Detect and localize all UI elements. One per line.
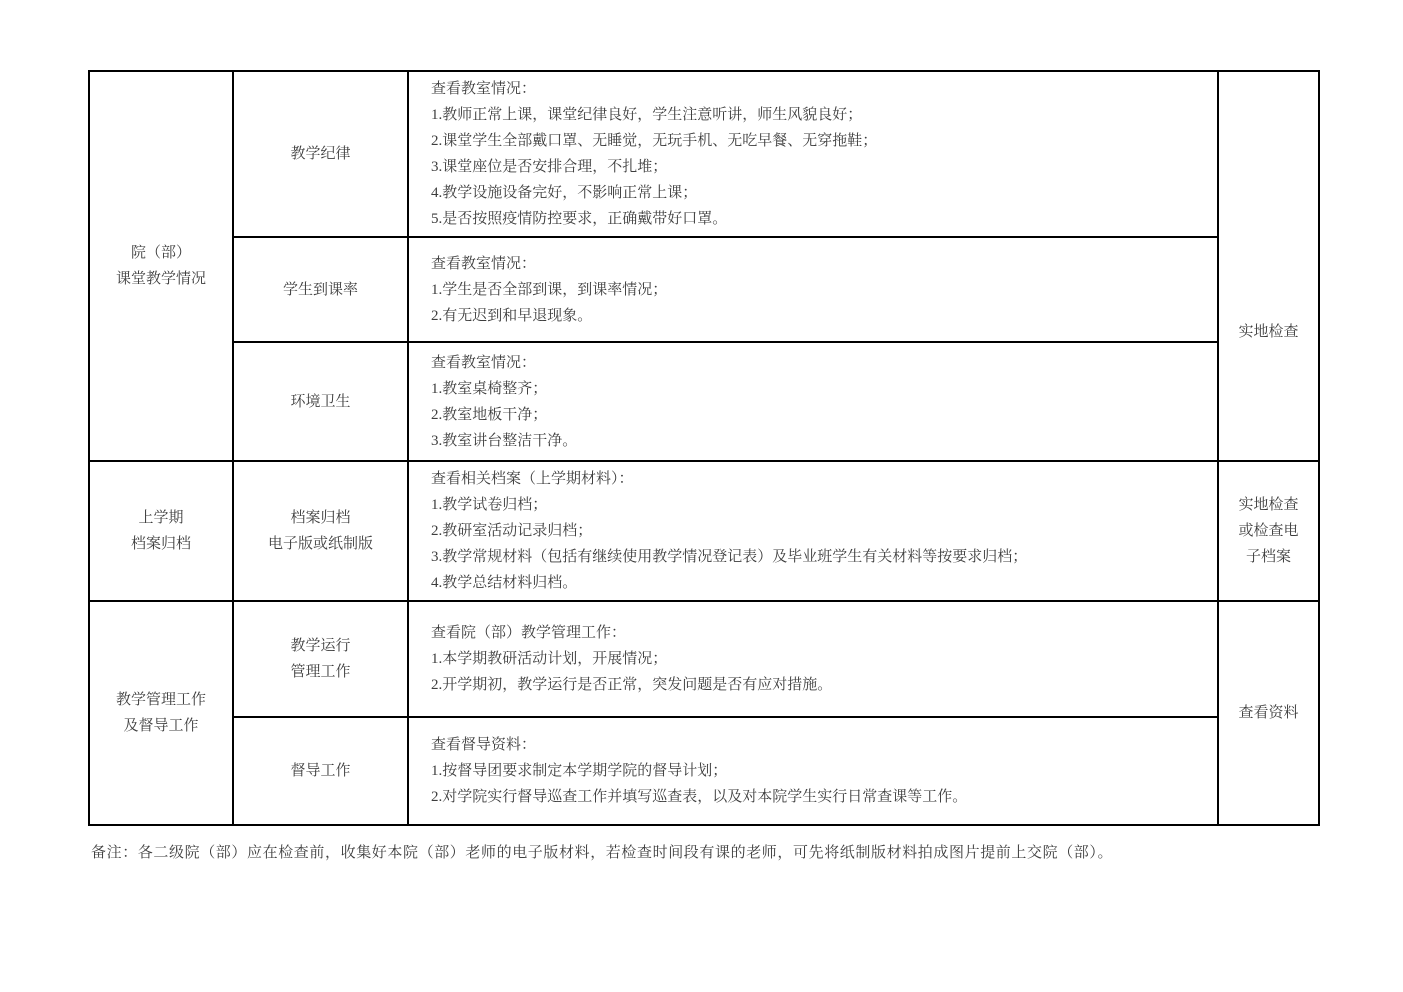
item-cell-environment-hygiene: 环境卫生 [233, 342, 408, 461]
table-row: 上学期 档案归档 档案归档 电子版或纸制版 查看相关档案（上学期材料）： 1.教… [89, 461, 1319, 601]
item-cell-teaching-discipline: 教学纪律 [233, 71, 408, 237]
category-cell-classroom-teaching: 院（部） 课堂教学情况 [89, 71, 233, 461]
category-cell-management-supervision: 教学管理工作 及督导工作 [89, 601, 233, 825]
category-cell-archive-filing: 上学期 档案归档 [89, 461, 233, 601]
item-cell-attendance-rate: 学生到课率 [233, 237, 408, 342]
table-row: 督导工作 查看督导资料： 1.按督导团要求制定本学期学院的督导计划； 2.对学院… [89, 717, 1319, 825]
item-cell-archive-filing: 档案归档 电子版或纸制版 [233, 461, 408, 601]
item-cell-teaching-operation: 教学运行 管理工作 [233, 601, 408, 717]
content-cell-archive-filing: 查看相关档案（上学期材料）： 1.教学试卷归档； 2.教研室活动记录归档； 3.… [408, 461, 1218, 601]
table-row: 院（部） 课堂教学情况 教学纪律 查看教室情况： 1.教师正常上课，课堂纪律良好… [89, 71, 1319, 237]
table-row: 教学管理工作 及督导工作 教学运行 管理工作 查看院（部）教学管理工作： 1.本… [89, 601, 1319, 717]
content-cell-attendance-rate: 查看教室情况： 1.学生是否全部到课，到课率情况； 2.有无迟到和早退现象。 [408, 237, 1218, 342]
content-cell-teaching-operation: 查看院（部）教学管理工作： 1.本学期教研活动计划，开展情况； 2.开学期初，教… [408, 601, 1218, 717]
inspection-table: 院（部） 课堂教学情况 教学纪律 查看教室情况： 1.教师正常上课，课堂纪律良好… [88, 70, 1320, 826]
content-cell-supervision-work: 查看督导资料： 1.按督导团要求制定本学期学院的督导计划； 2.对学院实行督导巡… [408, 717, 1218, 825]
document-page: 院（部） 课堂教学情况 教学纪律 查看教室情况： 1.教师正常上课，课堂纪律良好… [0, 0, 1403, 992]
item-cell-supervision-work: 督导工作 [233, 717, 408, 825]
footnote: 备注：各二级院（部）应在检查前，收集好本院（部）老师的电子版材料，若检查时间段有… [91, 843, 1351, 864]
table-row: 环境卫生 查看教室情况： 1.教室桌椅整齐； 2.教室地板干净； 3.教室讲台整… [89, 342, 1319, 461]
method-cell-onsite-inspection: 实地检查 [1218, 71, 1319, 461]
content-cell-environment-hygiene: 查看教室情况： 1.教室桌椅整齐； 2.教室地板干净； 3.教室讲台整洁干净。 [408, 342, 1218, 461]
content-cell-teaching-discipline: 查看教室情况： 1.教师正常上课，课堂纪律良好，学生注意听讲，师生风貌良好； 2… [408, 71, 1218, 237]
table-row: 学生到课率 查看教室情况： 1.学生是否全部到课，到课率情况； 2.有无迟到和早… [89, 237, 1319, 342]
method-cell-onsite-or-electronic: 实地检查 或检查电 子档案 [1218, 461, 1319, 601]
method-cell-review-materials: 查看资料 [1218, 601, 1319, 825]
